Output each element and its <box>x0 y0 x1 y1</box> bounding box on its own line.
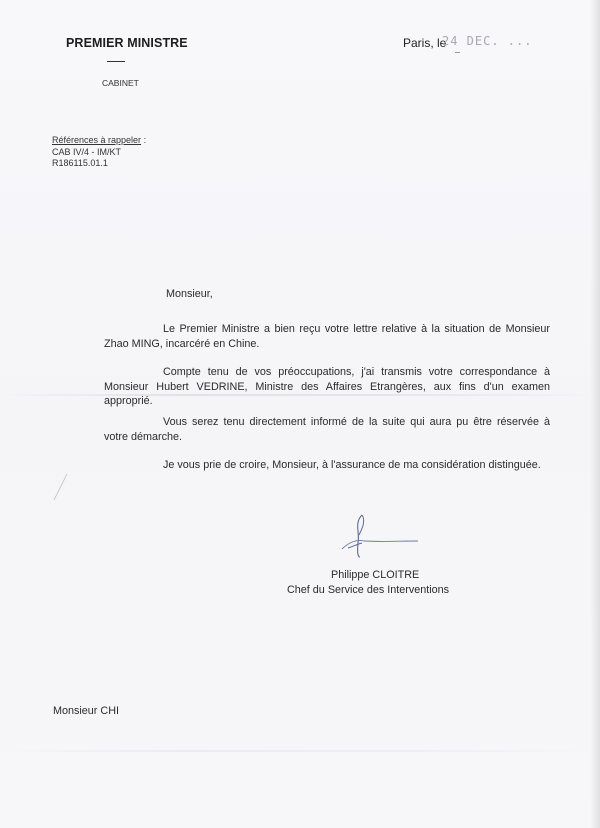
salutation: Monsieur, <box>166 287 213 302</box>
paper-fold <box>0 750 600 752</box>
letter-page: PREMIER MINISTRE CABINET Paris, le 24 DE… <box>0 0 600 828</box>
letterhead-department: CABINET <box>102 78 139 88</box>
handwritten-signature <box>340 513 420 558</box>
stamp-mark <box>455 52 460 53</box>
reference-code: R186115.01.1 <box>52 158 146 170</box>
signer-title: Chef du Service des Interventions <box>287 584 449 596</box>
recipient-name: Monsieur CHI <box>53 705 119 717</box>
stray-pen-mark <box>50 472 70 502</box>
references-label-line: Références à rappeler : <box>52 135 146 147</box>
paper-edge <box>590 0 600 828</box>
signer-name: Philippe CLOITRE <box>331 569 419 581</box>
references-label: Références à rappeler <box>52 135 141 145</box>
references-block: Références à rappeler : CAB IV/4 - IM/KT… <box>52 135 146 170</box>
date-place-label: Paris, le <box>403 36 446 50</box>
letter-paragraph: Compte tenu de vos préoccupations, j'ai … <box>104 365 550 409</box>
date-stamp: 24 DEC. ... <box>442 34 532 48</box>
letterhead-office: PREMIER MINISTRE <box>66 36 188 50</box>
letterhead-divider <box>107 61 125 62</box>
letter-paragraph: Le Premier Ministre a bien reçu votre le… <box>104 322 550 351</box>
letter-paragraph: Je vous prie de croire, Monsieur, à l'as… <box>104 458 550 473</box>
reference-code: CAB IV/4 - IM/KT <box>52 147 146 159</box>
letter-paragraph: Vous serez tenu directement informé de l… <box>104 415 550 444</box>
